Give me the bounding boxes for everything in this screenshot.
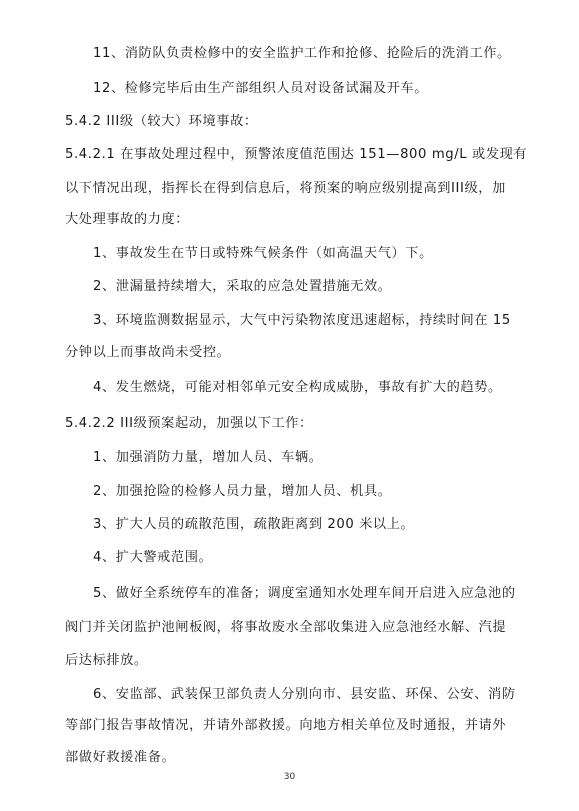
- condition-item-3-line-1: 3、环境监测数据显示，大气中污染物浓度迅速超标，持续时间在 15: [93, 313, 511, 329]
- action-item-5-line-1: 5、做好全系统停车的准备；调度室通知水处理车间开启进入应急池的: [93, 586, 516, 602]
- paragraph-5-4-2-1-line-3: 大处理事故的力度：: [65, 212, 189, 228]
- section-heading-5-4-2-2: 5.4.2.2 III级预案起动，加强以下工作：: [65, 416, 313, 432]
- condition-item-3-line-2: 分钟以上而事故尚未受控。: [65, 345, 230, 361]
- document-page: 11、消防队负责检修中的安全监护工作和抢修、抢险后的洗消工作。 12、检修完毕后…: [0, 0, 579, 811]
- action-item-6-line-3: 部做好救援准备。: [65, 750, 175, 766]
- paragraph-5-4-2-1-line-1: 5.4.2.1 在事故处理过程中，预警浓度值范围达 151—800 mg/L 或…: [65, 147, 527, 163]
- section-heading-5-4-2: 5.4.2 III级（较大）环境事故：: [65, 114, 258, 130]
- page-number: 30: [0, 772, 579, 782]
- list-item-11: 11、消防队负责检修中的安全监护工作和抢修、抢险后的洗消工作。: [93, 46, 511, 62]
- action-item-2: 2、加强抢险的检修人员力量，增加人员、机具。: [93, 484, 392, 500]
- list-item-12: 12、检修完毕后由生产部组织人员对设备试漏及开车。: [93, 81, 428, 97]
- condition-item-1: 1、事故发生在节日或特殊气候条件（如高温天气）下。: [93, 246, 433, 262]
- action-item-5-line-3: 后达标排放。: [65, 653, 148, 669]
- action-item-5-line-2: 阀门并关闭监护池闸板阀，将事故废水全部收集进入应急池经水解、汽提: [65, 620, 506, 636]
- action-item-1: 1、加强消防力量，增加人员、车辆。: [93, 450, 323, 466]
- action-item-6-line-1: 6、安监部、武装保卫部负责人分别向市、县安监、环保、公安、消防: [93, 687, 516, 703]
- paragraph-5-4-2-1-line-2: 以下情况出现，指挥长在得到信息后，将预案的响应级别提高到III级，加: [65, 181, 506, 197]
- condition-item-2: 2、泄漏量持续增大，采取的应急处置措施无效。: [93, 279, 392, 295]
- action-item-4: 4、扩大警戒范围。: [93, 550, 212, 566]
- action-item-3: 3、扩大人员的疏散范围，疏散距离到 200 米以上。: [93, 517, 414, 533]
- action-item-6-line-2: 等部门报告事故情况，并请外部救援。向地方相关单位及时通报，并请外: [65, 718, 506, 734]
- condition-item-4: 4、发生燃烧，可能对相邻单元安全构成威胁，事故有扩大的趋势。: [93, 380, 502, 396]
